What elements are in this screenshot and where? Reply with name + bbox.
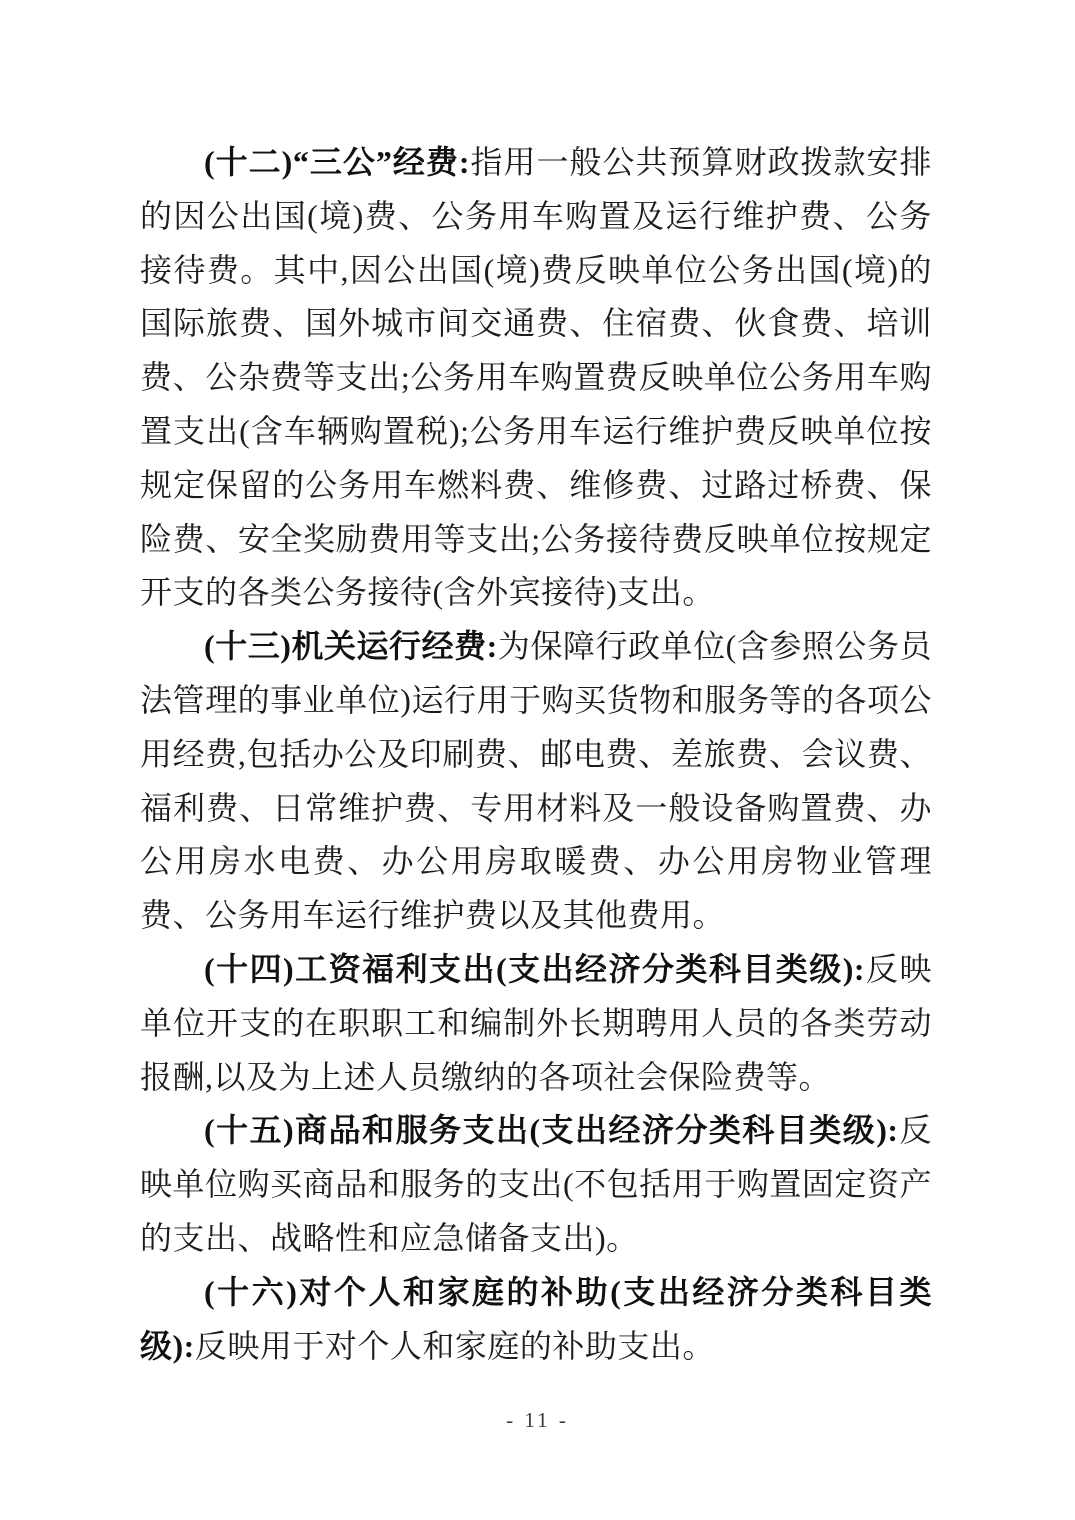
paragraph-item-12: (十二)“三公”经费:指用一般公共预算财政拨款安排的因公出国(境)费、公务用车购… [140, 136, 932, 620]
paragraph-text: 反映用于对个人和家庭的补助支出。 [195, 1328, 715, 1364]
paragraph-heading: (十五)商品和服务支出(支出经济分类科目类级): [204, 1112, 899, 1148]
document-page: (十二)“三公”经费:指用一般公共预算财政拨款安排的因公出国(境)费、公务用车购… [0, 0, 1075, 1520]
paragraph-text: 指用一般公共预算财政拨款安排的因公出国(境)费、公务用车购置及运行维护费、公务接… [140, 144, 932, 610]
page-number: - 11 - [0, 1408, 1075, 1433]
paragraph-item-16: (十六)对个人和家庭的补助(支出经济分类科目类级):反映用于对个人和家庭的补助支… [140, 1266, 932, 1374]
paragraph-item-14: (十四)工资福利支出(支出经济分类科目类级):反映单位开支的在职职工和编制外长期… [140, 943, 932, 1104]
document-body: (十二)“三公”经费:指用一般公共预算财政拨款安排的因公出国(境)费、公务用车购… [140, 136, 932, 1373]
paragraph-text: 为保障行政单位(含参照公务员法管理的事业单位)运行用于购买货物和服务等的各项公用… [140, 628, 932, 933]
paragraph-heading: (十四)工资福利支出(支出经济分类科目类级): [204, 951, 865, 987]
paragraph-item-13: (十三)机关运行经费:为保障行政单位(含参照公务员法管理的事业单位)运行用于购买… [140, 620, 932, 943]
paragraph-item-15: (十五)商品和服务支出(支出经济分类科目类级):反映单位购买商品和服务的支出(不… [140, 1104, 932, 1265]
paragraph-heading: (十二)“三公”经费: [204, 144, 470, 180]
paragraph-heading: (十三)机关运行经费: [204, 628, 498, 664]
